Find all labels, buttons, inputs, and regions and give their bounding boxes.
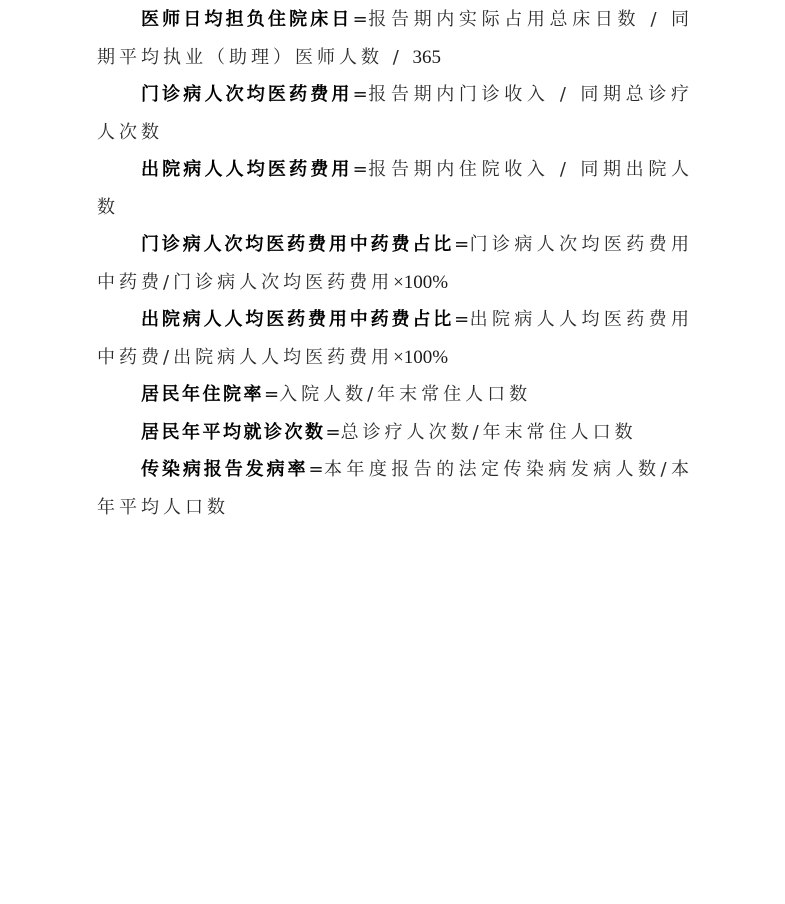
equals-sign: = bbox=[308, 459, 323, 480]
term-label: 门诊病人次均医药费用中药费占比 bbox=[141, 234, 454, 255]
term-label: 居民年平均就诊次数 bbox=[141, 422, 326, 443]
definition-paragraph-inpatient-cost: 出院病人人均医药费用=报告期内住院收入 / 同期出院人数 bbox=[97, 151, 693, 226]
definition-paragraph-hospitalization-rate: 居民年住院率=入院人数/年末常住人口数 bbox=[97, 376, 693, 414]
equals-sign: = bbox=[454, 234, 469, 255]
formula-text: 入院人数/年末常住人口数 bbox=[279, 384, 531, 405]
term-label: 出院病人人均医药费用 bbox=[141, 159, 353, 180]
definition-paragraph-outpatient-cost: 门诊病人次均医药费用=报告期内门诊收入 / 同期总诊疗人次数 bbox=[97, 76, 693, 151]
definition-paragraph-bed-days-per-physician: 医师日均担负住院床日=报告期内实际占用总床日数 / 同期平均执业（助理）医师人数… bbox=[97, 1, 693, 76]
formula-text: 总诊疗人次数/年末常住人口数 bbox=[341, 422, 637, 443]
equals-sign: = bbox=[353, 84, 368, 105]
term-label: 医师日均担负住院床日 bbox=[141, 9, 353, 30]
formula-number: ×100% bbox=[393, 272, 448, 293]
formula-number: ×100% bbox=[393, 347, 448, 368]
term-label: 居民年住院率 bbox=[141, 384, 264, 405]
equals-sign: = bbox=[326, 422, 341, 443]
definition-paragraph-outpatient-drug-ratio: 门诊病人次均医药费用中药费占比=门诊病人次均医药费用中药费/门诊病人次均医药费用… bbox=[97, 226, 693, 301]
equals-sign: = bbox=[353, 159, 368, 180]
definition-paragraph-inpatient-drug-ratio: 出院病人人均医药费用中药费占比=出院病人人均医药费用中药费/出院病人人均医药费用… bbox=[97, 301, 693, 376]
equals-sign: = bbox=[264, 384, 279, 405]
term-label: 门诊病人次均医药费用 bbox=[141, 84, 353, 105]
equals-sign: = bbox=[454, 309, 469, 330]
definition-paragraph-visit-frequency: 居民年平均就诊次数=总诊疗人次数/年末常住人口数 bbox=[97, 414, 693, 452]
equals-sign: = bbox=[353, 9, 368, 30]
document-page: 医师日均担负住院床日=报告期内实际占用总床日数 / 同期平均执业（助理）医师人数… bbox=[97, 1, 693, 526]
definition-paragraph-infectious-disease-rate: 传染病报告发病率=本年度报告的法定传染病发病人数/本年平均人口数 bbox=[97, 451, 693, 526]
term-label: 出院病人人均医药费用中药费占比 bbox=[141, 309, 454, 330]
formula-number: 365 bbox=[413, 47, 442, 68]
term-label: 传染病报告发病率 bbox=[141, 459, 308, 480]
